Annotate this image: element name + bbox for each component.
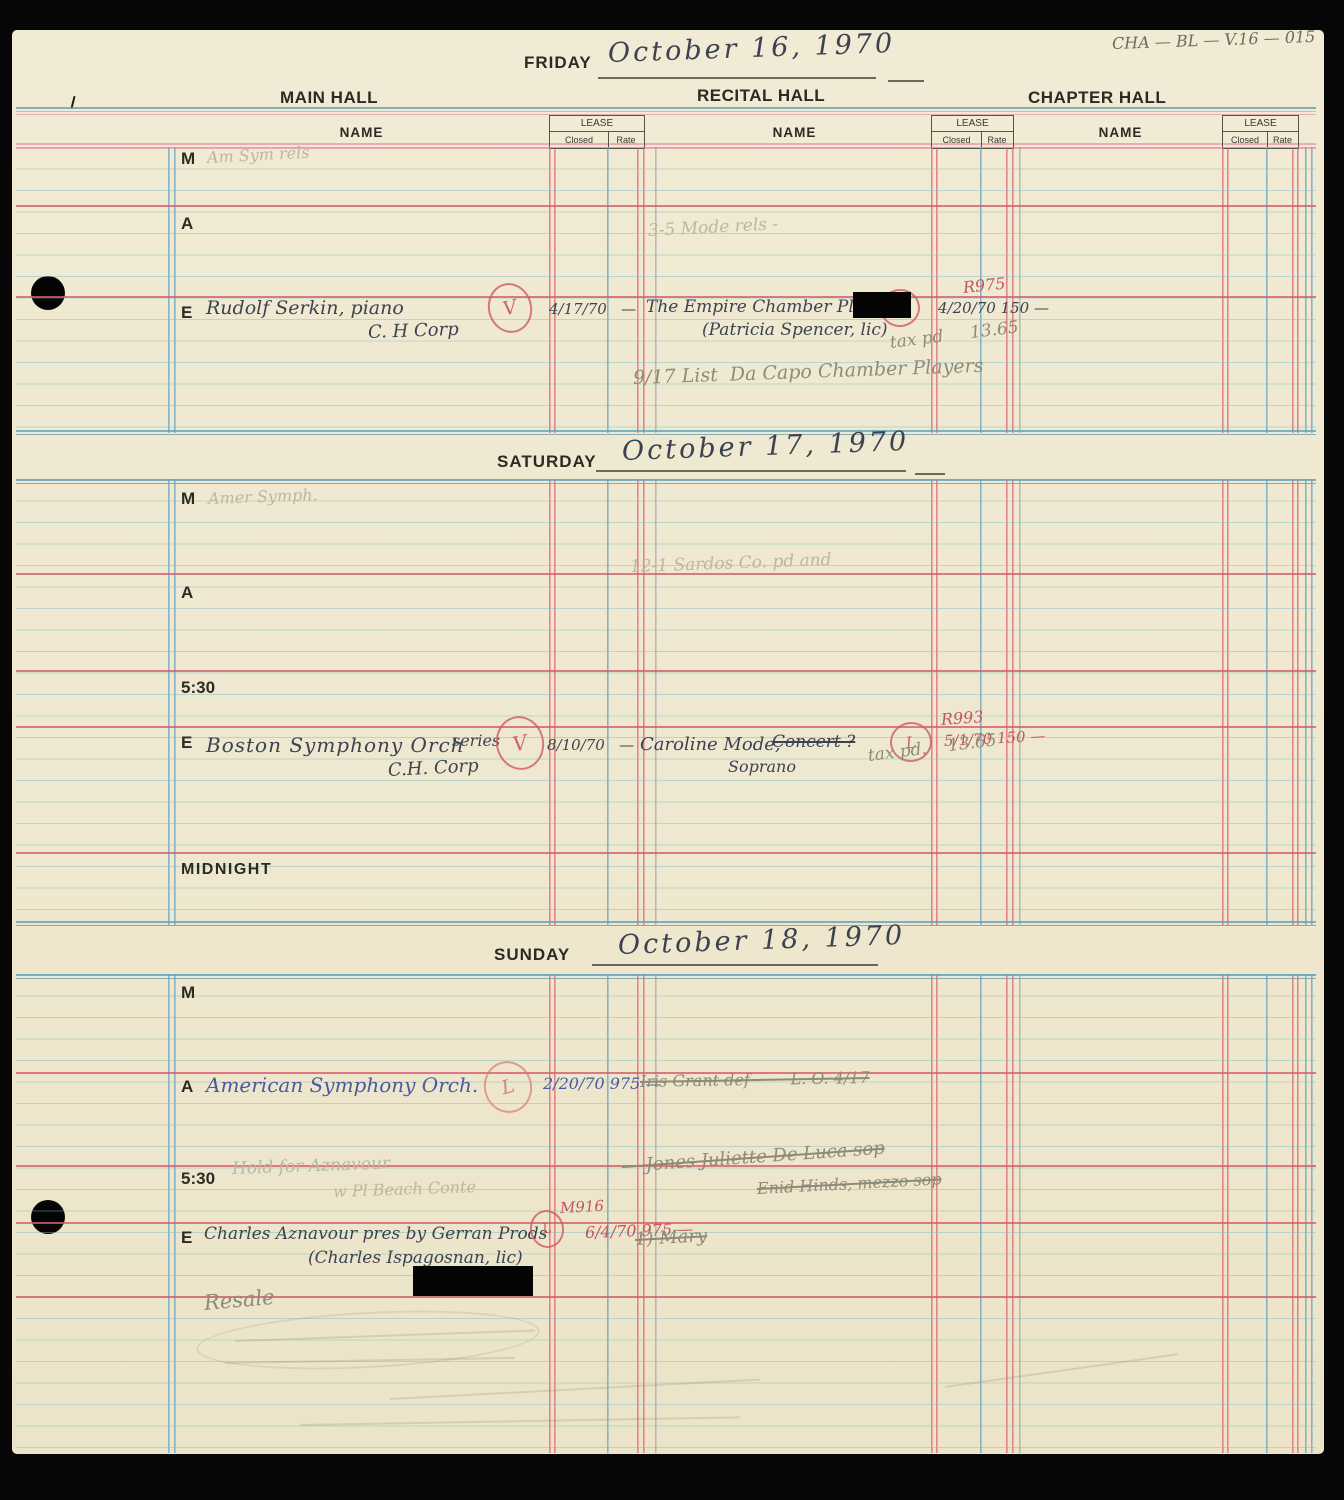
rate-label: Rate [981, 135, 1013, 145]
ruled-line [16, 107, 1316, 109]
lease-label: LEASE [550, 118, 644, 129]
date-underline [598, 77, 876, 79]
date-underline [915, 473, 945, 475]
column-header-name-chapter: NAME [1019, 125, 1222, 140]
redaction-box [413, 1266, 533, 1296]
table-bottom-line [16, 925, 1316, 927]
row-label-sunday-a: A [181, 1077, 193, 1097]
lease-box-recital: LEASE Closed Rate [931, 115, 1014, 149]
column-header-name-recital: NAME [658, 125, 931, 140]
entry-sunday-recital-evening-struck: 1) Mary [634, 1225, 707, 1250]
entry-saturday-recital-evening-code: R993 [940, 707, 984, 729]
row-label-friday-m: M [181, 149, 195, 169]
closed-label: Closed [550, 135, 608, 145]
entry-saturday-main-evening-name: Boston Symphony Orch [206, 733, 465, 757]
entry-saturday-recital-evening-name: Caroline Mode, [640, 734, 781, 755]
row-label-sunday-530: 5:30 [181, 1169, 215, 1189]
lease-box-divider [550, 131, 644, 132]
entry-sunday-recital-afternoon-struck: Iris Grant def L. O. 4/17 [640, 1068, 870, 1091]
row-label-friday-a: A [181, 214, 193, 234]
check-letter: L [541, 1220, 553, 1237]
row-divider [16, 852, 1316, 854]
date-underline [888, 80, 924, 82]
entry-saturday-recital-evening-role: Soprano [728, 757, 796, 776]
lease-label: LEASE [932, 118, 1013, 129]
closed-label: Closed [1223, 135, 1267, 145]
closed-label: Closed [932, 135, 981, 145]
hall-title-main: MAIN HALL [280, 88, 378, 108]
lease-box-divider [932, 131, 1013, 132]
check-letter: V [510, 730, 529, 756]
row-label-saturday-midnight: MIDNIGHT [181, 861, 272, 879]
entry-saturday-main-evening-series: series [452, 731, 500, 750]
table-bottom-line [16, 921, 1316, 923]
hall-title-chapter: CHAPTER HALL [1028, 88, 1166, 108]
lease-box-chapter: LEASE Closed Rate [1222, 115, 1299, 149]
check-letter: L [499, 1075, 517, 1099]
ruled-line [16, 111, 1316, 113]
row-label-friday-e: E [181, 303, 192, 323]
entry-sunday-main-evening-agent: (Charles Ispagosnan, lic) [308, 1248, 523, 1268]
row-divider [16, 670, 1316, 672]
column-header-name-main: NAME [174, 125, 549, 140]
sunday-table-grid [16, 974, 1316, 1453]
entry-friday-main-evening-name: Rudolf Serkin, piano [206, 297, 404, 319]
rate-label: Rate [608, 135, 644, 145]
table-top-line [16, 479, 1316, 481]
lease-box-divider [1223, 131, 1298, 132]
entry-sunday-main-evening-code: M916 [560, 1197, 605, 1217]
hall-title-recital: RECITAL HALL [697, 86, 825, 106]
entry-friday-recital-evening-lease: 4/20/70 150 — [938, 299, 1049, 317]
row-divider [16, 205, 1316, 207]
entry-sunday-main-evening-name: Charles Aznavour pres by Gerran Prods [204, 1224, 547, 1244]
ruled-line [16, 114, 1316, 116]
table-top-line [16, 974, 1316, 976]
entry-friday-main-evening-org: C. H Corp [368, 319, 459, 343]
table-bottom-line [16, 430, 1316, 432]
row-label-sunday-m: M [181, 983, 195, 1003]
entry-friday-recital-evening-agent: (Patricia Spencer, lic) [702, 320, 888, 340]
day-label-friday: FRIDAY [524, 53, 592, 73]
rate-label: Rate [1267, 135, 1298, 145]
check-letter: V [501, 296, 520, 321]
scanned-ledger-page: CHA — BL — V.16 — 015 FRIDAY October 16,… [0, 0, 1344, 1500]
day-label-saturday: SATURDAY [497, 452, 597, 472]
row-label-sunday-e: E [181, 1228, 192, 1248]
entry-sunday-main-afternoon-name: American Symphony Orch. [206, 1073, 478, 1097]
entry-saturday-main-evening-lease: 8/10/70 — [547, 736, 634, 754]
day-label-sunday: SUNDAY [494, 945, 570, 965]
row-label-saturday-e: E [181, 733, 192, 753]
redaction-box [853, 292, 911, 318]
date-underline [596, 470, 906, 472]
entry-saturday-recital-evening-struck: Concert ? [772, 732, 855, 752]
table-top-line [16, 483, 1316, 485]
lease-box-main: LEASE Closed Rate [549, 115, 645, 149]
table-top-line [16, 978, 1316, 980]
row-divider [16, 726, 1316, 728]
entry-friday-main-evening-lease: 4/17/70 — [549, 300, 636, 318]
row-label-saturday-a: A [181, 583, 193, 603]
lease-label: LEASE [1223, 118, 1298, 129]
friday-table-grid [16, 147, 1316, 433]
row-label-saturday-m: M [181, 489, 195, 509]
row-label-saturday-530: 5:30 [181, 678, 215, 698]
ruled-line [16, 143, 1316, 145]
entry-saturday-main-morning: Amer Symph. [208, 485, 318, 508]
saturday-table-grid [16, 479, 1316, 925]
date-underline [592, 964, 878, 966]
